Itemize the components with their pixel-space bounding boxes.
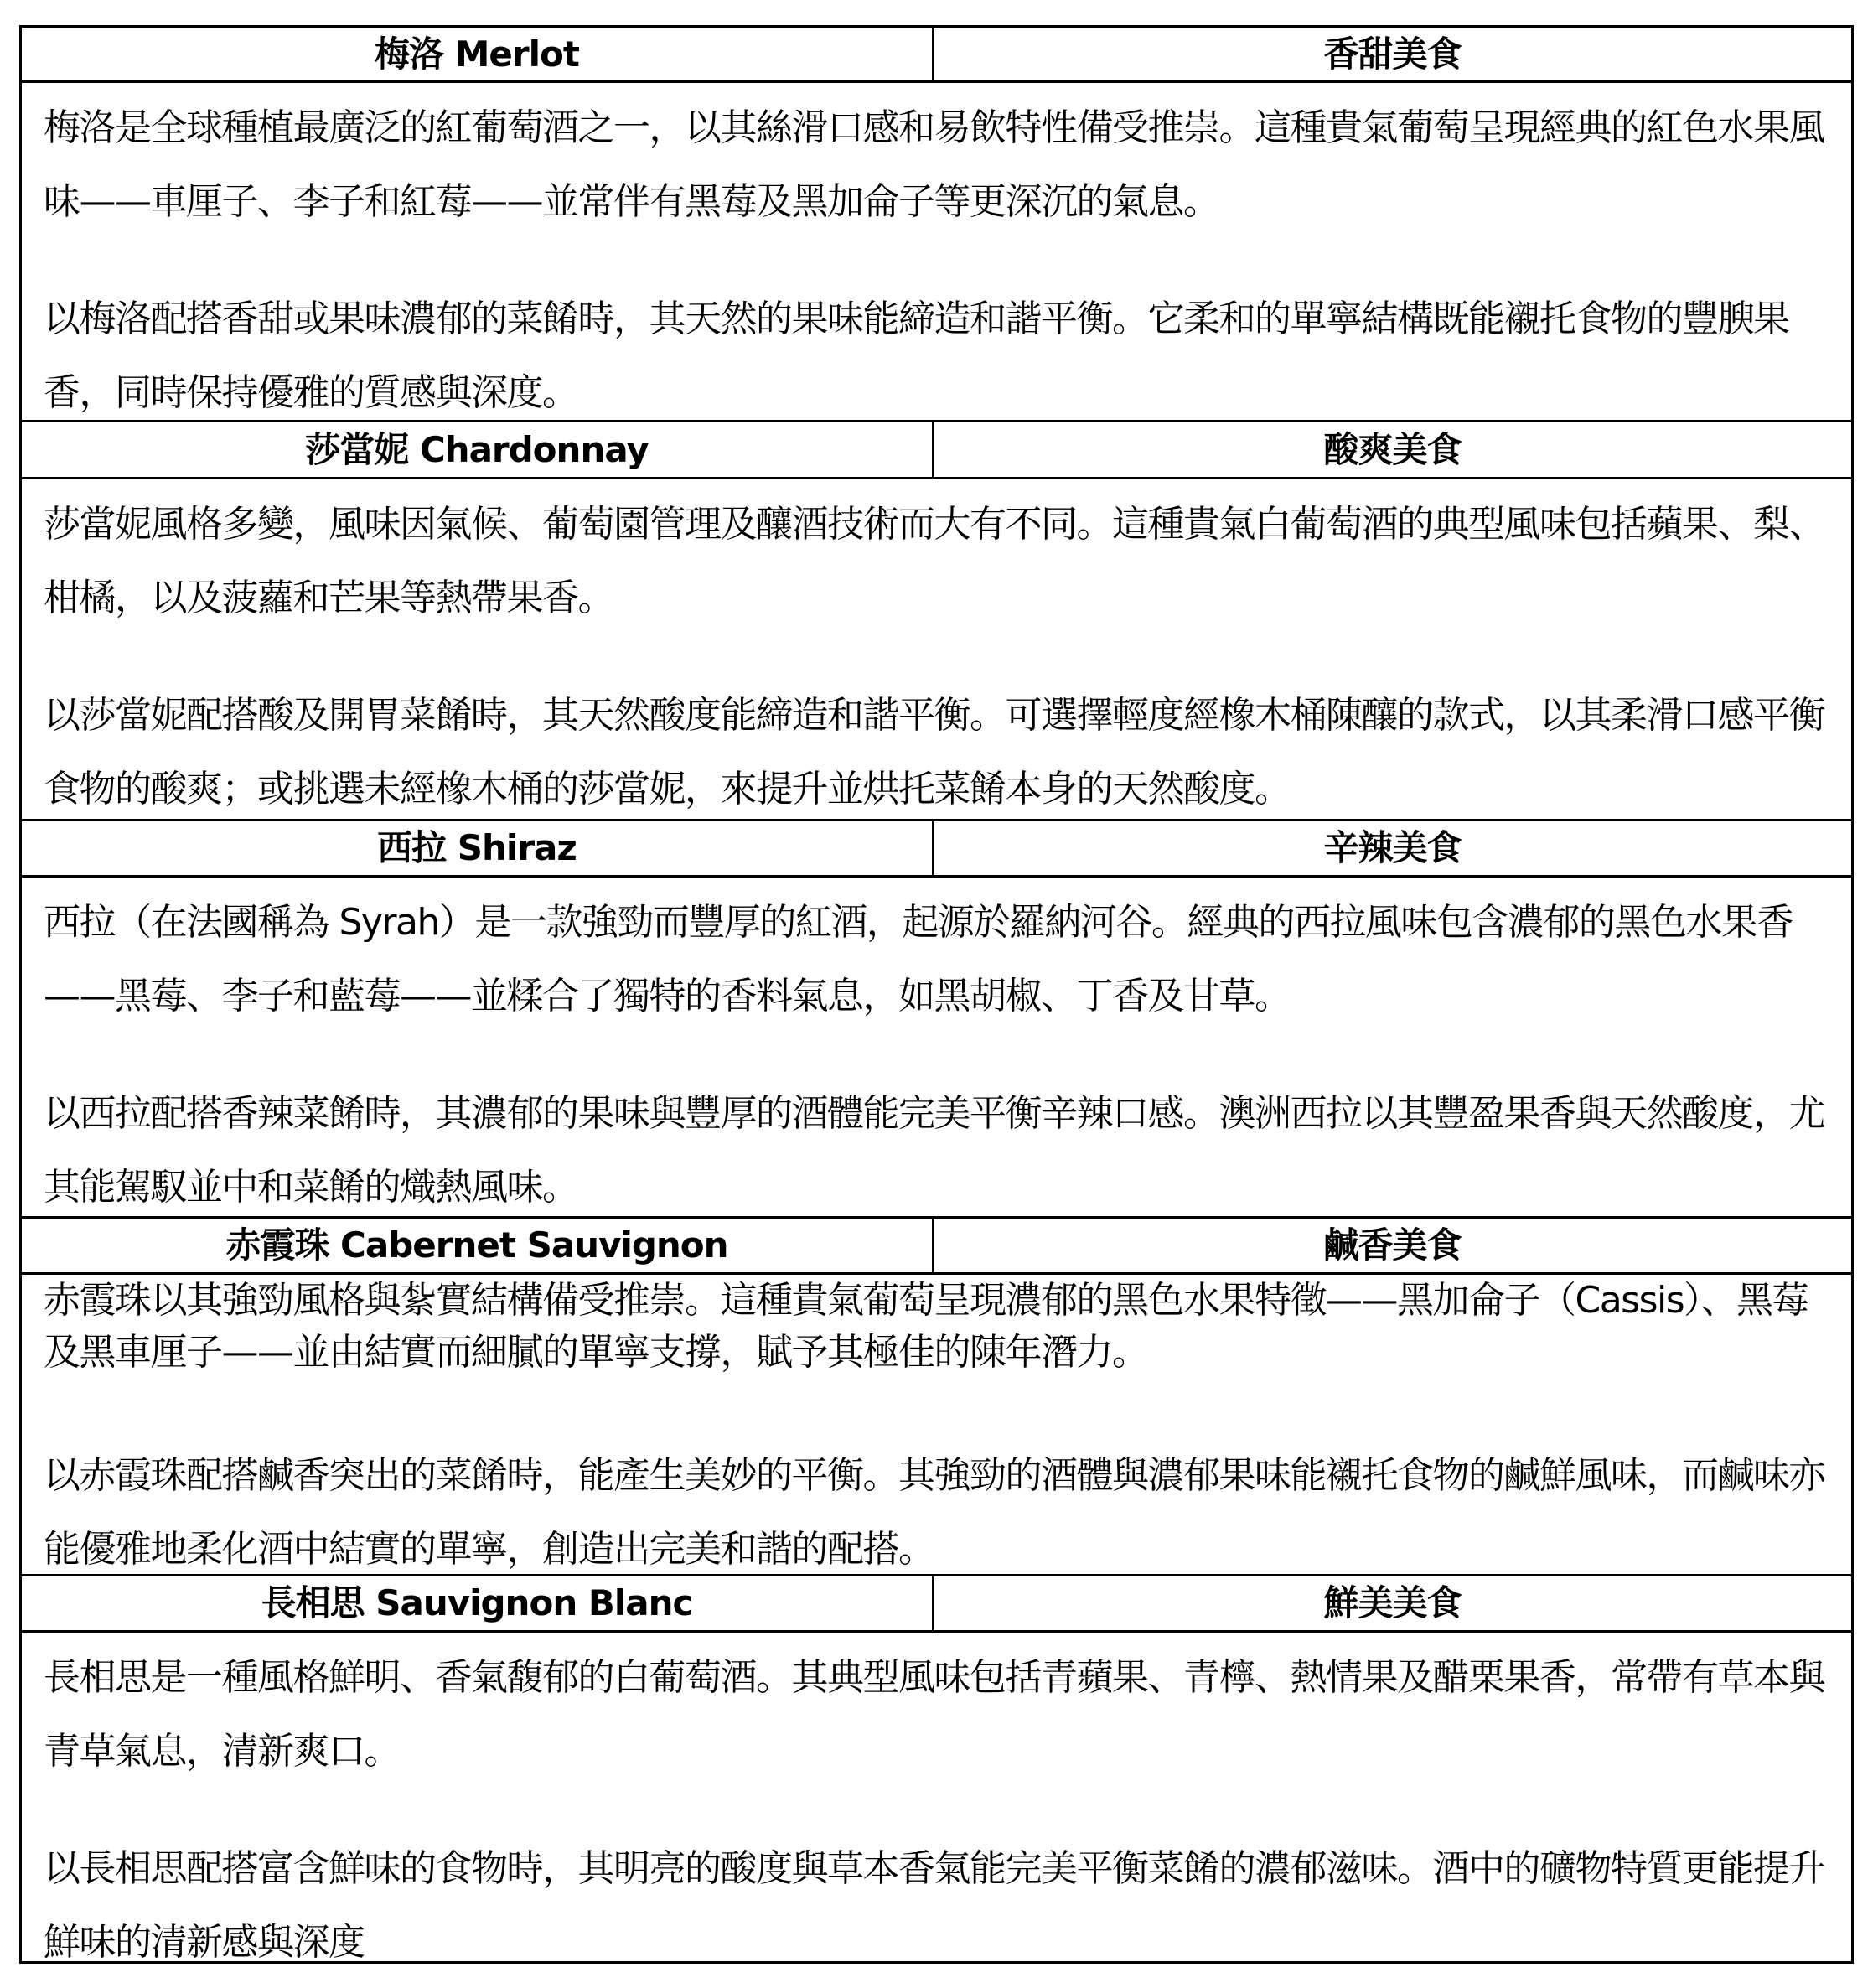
food-pairing-category: 鹹香美食	[934, 1219, 1851, 1272]
wine-header-row-cabernet-sauvignon: 赤霞珠 Cabernet Sauvignon 鹹香美食	[22, 1219, 1851, 1275]
pairing-paragraph: 以長相思配搭富含鮮味的食物時，其明亮的酸度與草本香氣能完美平衡菜餚的濃郁滋味。酒…	[44, 1832, 1834, 1961]
pairing-paragraph: 以梅洛配搭香甜或果味濃郁的菜餚時，其天然的果味能締造和諧平衡。它柔和的單寧結構既…	[44, 282, 1834, 422]
wine-description-shiraz: 西拉（在法國稱為 Syrah）是一款強勁而豐厚的紅酒，起源於羅納河谷。經典的西拉…	[22, 878, 1851, 1219]
wine-name: 赤霞珠 Cabernet Sauvignon	[22, 1219, 934, 1272]
tasting-notes-paragraph: 莎當妮風格多變，風味因氣候、葡萄園管理及釀酒技術而大有不同。這種貴氣白葡萄酒的典…	[44, 488, 1834, 635]
wine-header-row-sauvignon-blanc: 長相思 Sauvignon Blanc 鮮美美食	[22, 1576, 1851, 1633]
pairing-paragraph: 以西拉配搭香辣菜餚時，其濃郁的果味與豐厚的酒體能完美平衡辛辣口感。澳洲西拉以其豐…	[44, 1077, 1834, 1219]
wine-pairing-table: 梅洛 Merlot 香甜美食 梅洛是全球種植最廣泛的紅葡萄酒之一，以其絲滑口感和…	[19, 25, 1854, 1964]
wine-name: 梅洛 Merlot	[22, 28, 934, 80]
wine-description-cabernet-sauvignon: 赤霞珠以其強勁風格與紮實結構備受推崇。這種貴氣葡萄呈現濃郁的黑色水果特徵——黑加…	[22, 1275, 1851, 1576]
food-pairing-category: 辛辣美食	[934, 821, 1851, 875]
tasting-notes-paragraph: 梅洛是全球種植最廣泛的紅葡萄酒之一，以其絲滑口感和易飲特性備受推崇。這種貴氣葡萄…	[44, 91, 1834, 239]
wine-name: 長相思 Sauvignon Blanc	[22, 1576, 934, 1630]
wine-description-merlot: 梅洛是全球種植最廣泛的紅葡萄酒之一，以其絲滑口感和易飲特性備受推崇。這種貴氣葡萄…	[22, 83, 1851, 422]
wine-header-row-shiraz: 西拉 Shiraz 辛辣美食	[22, 821, 1851, 878]
wine-description-sauvignon-blanc: 長相思是一種風格鮮明、香氣馥郁的白葡萄酒。其典型風味包括青蘋果、青檸、熱情果及醋…	[22, 1633, 1851, 1961]
food-pairing-category: 酸爽美食	[934, 422, 1851, 477]
tasting-notes-paragraph: 赤霞珠以其強勁風格與紮實結構備受推崇。這種貴氣葡萄呈現濃郁的黑色水果特徵——黑加…	[44, 1275, 1834, 1379]
tasting-notes-paragraph: 西拉（在法國稱為 Syrah）是一款強勁而豐厚的紅酒，起源於羅納河谷。經典的西拉…	[44, 886, 1834, 1033]
pairing-paragraph: 以莎當妮配搭酸及開胃菜餚時，其天然酸度能締造和諧平衡。可選擇輕度經橡木桶陳釀的款…	[44, 679, 1834, 821]
tasting-notes-paragraph: 長相思是一種風格鮮明、香氣馥郁的白葡萄酒。其典型風味包括青蘋果、青檸、熱情果及醋…	[44, 1641, 1834, 1789]
wine-header-row-chardonnay: 莎當妮 Chardonnay 酸爽美食	[22, 422, 1851, 479]
wine-description-chardonnay: 莎當妮風格多變，風味因氣候、葡萄園管理及釀酒技術而大有不同。這種貴氣白葡萄酒的典…	[22, 479, 1851, 821]
pairing-paragraph: 以赤霞珠配搭鹹香突出的菜餚時，能產生美妙的平衡。其強勁的酒體與濃郁果味能襯托食物…	[44, 1439, 1834, 1576]
wine-header-row-merlot: 梅洛 Merlot 香甜美食	[22, 28, 1851, 83]
food-pairing-category: 鮮美美食	[934, 1576, 1851, 1630]
wine-name: 莎當妮 Chardonnay	[22, 422, 934, 477]
food-pairing-category: 香甜美食	[934, 28, 1851, 80]
wine-name: 西拉 Shiraz	[22, 821, 934, 875]
